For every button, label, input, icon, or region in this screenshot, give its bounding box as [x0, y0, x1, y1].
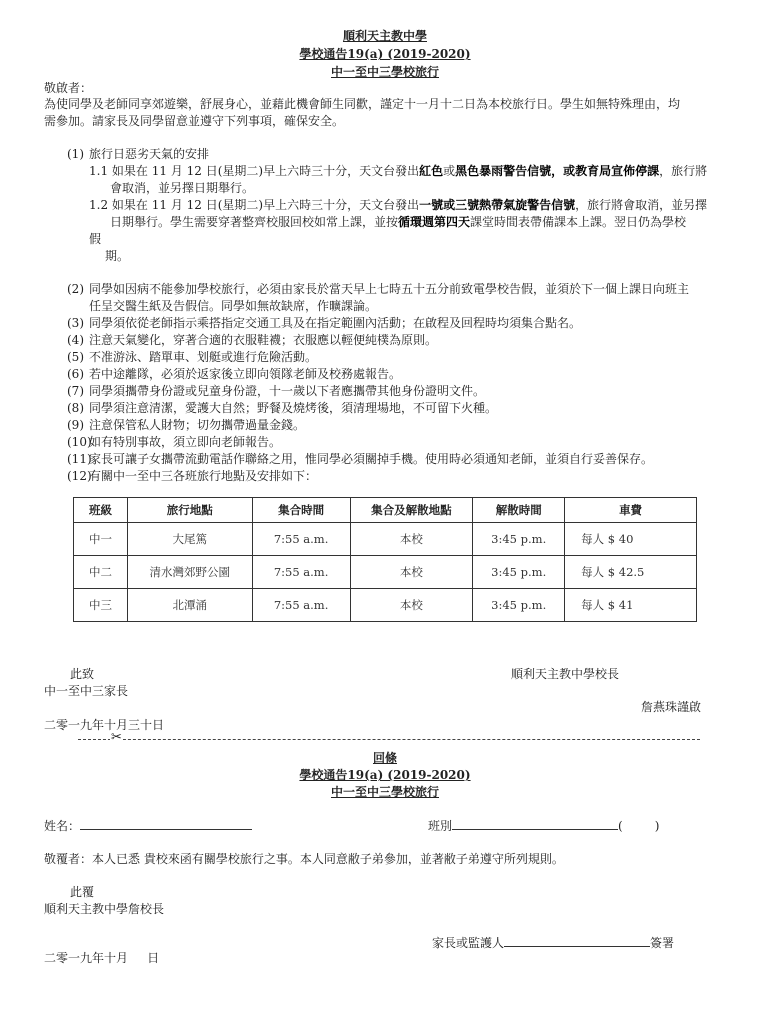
table-header-row: 班級 旅行地點 集合時間 集合及解散地點 解散時間 車費 [74, 498, 697, 523]
reply-subject: 中一至中三學校旅行 [0, 783, 770, 800]
closing-cizhi: 此致 [70, 666, 94, 683]
item-12-text: 有關中一至中三各班旅行地點及安排如下： [89, 468, 317, 485]
header-dismissal-time: 解散時間 [473, 498, 565, 523]
cell-assembly-time: 7:55 a.m. [252, 556, 350, 589]
item-10-number: (10) [67, 434, 92, 451]
item-2-text-line-2: 任呈交醫生紙及告假信。同學如無故缺席，作曠課論。 [89, 298, 377, 315]
cell-assembly-place: 本校 [350, 523, 473, 556]
item-1-1-line-2: 會取消，並另擇日期舉行。 [110, 180, 254, 197]
intro-line-1: 為使同學及老師同享郊遊樂，舒展身心，並藉此機會師生同歡，謹定十一月十二日為本校旅… [44, 96, 680, 113]
cell-dismissal-time: 3:45 p.m. [473, 589, 565, 622]
intro-line-2: 需參加。請家長及同學留意並遵守下列事項，確保安全。 [44, 113, 344, 130]
item-1-2-number: 1.2 [89, 198, 108, 212]
reply-cifu: 此覆 [70, 884, 94, 901]
cell-class: 中二 [74, 556, 128, 589]
item-9-number: (9) [67, 417, 84, 434]
item-1-2-line-2: 日期舉行。學生需要穿著整齊校服回校如常上課，並按循環週第四天課堂時間表帶備課本上… [110, 214, 686, 231]
scissors-icon: ✂ [110, 730, 123, 745]
item-10-text: 如有特別事故，須立即向老師報告。 [89, 434, 281, 451]
item-6-text: 若中途離隊，必須於返家後立即向領隊老師及校務處報告。 [89, 366, 401, 383]
class-number-open: ( [618, 819, 623, 833]
reply-date: 二零一九年十月 日 [44, 950, 159, 967]
item-8-number: (8) [67, 400, 84, 417]
header-class: 班級 [74, 498, 128, 523]
item-11-number: (11) [67, 451, 92, 468]
class-field[interactable] [452, 817, 618, 830]
cell-assembly-place: 本校 [350, 589, 473, 622]
cell-assembly-time: 7:55 a.m. [252, 589, 350, 622]
notice-date: 二零一九年十月三十日 [44, 717, 164, 734]
item-4-number: (4) [67, 332, 84, 349]
item-12-number: (12) [67, 468, 92, 485]
item-8-text: 同學須注意清潔，愛護大自然；野餐及燒烤後，須清理場地，不可留下火種。 [89, 400, 497, 417]
name-row: 姓名： [44, 817, 252, 835]
cell-assembly-place: 本校 [350, 556, 473, 589]
reply-addressee: 順利天主教中學詹校長 [44, 901, 164, 918]
item-3-number: (3) [67, 315, 84, 332]
item-5-number: (5) [67, 349, 84, 366]
item-2-number: (2) [67, 281, 84, 298]
school-name: 順利天主教中學 [0, 27, 770, 44]
guardian-signature-field[interactable] [504, 934, 650, 947]
cell-destination: 北潭涌 [127, 589, 252, 622]
class-label: 班別 [428, 819, 452, 833]
item-7-number: (7) [67, 383, 84, 400]
greeting: 敬啟者： [44, 80, 92, 97]
item-2-text: 同學如因病不能參加學校旅行，必須由家長於當天早上七時五十五分前致電學校告假，並須… [89, 281, 689, 298]
notice-number: 學校通告19(a) (2019-2020) [0, 45, 770, 62]
table-row: 中三 北潭涌 7:55 a.m. 本校 3:45 p.m. 每人 $ 41 [74, 589, 697, 622]
name-label: 姓名： [44, 819, 80, 833]
signer-name: 詹燕珠謹啟 [641, 699, 701, 716]
name-field[interactable] [80, 817, 252, 830]
reply-statement: 敬覆者：本人已悉 貴校來函有關學校旅行之事。本人同意敝子弟參加，並著敝子弟遵守所… [44, 851, 564, 868]
cell-destination: 清水灣郊野公園 [127, 556, 252, 589]
item-4-text: 注意天氣變化，穿著合適的衣服鞋襪；衣服應以輕便純樸為原則。 [89, 332, 437, 349]
cell-fare: 每人 $ 40 [565, 523, 697, 556]
item-1-1: 1.1 如果在 11 月 12 日(星期二)早上六時三十分，天文台發出紅色或黑色… [89, 163, 707, 180]
item-3-text: 同學須依從老師指示乘搭指定交通工具及在指定範圍內活動；在啟程及回程時均須集合點名… [89, 315, 581, 332]
cell-destination: 大尾篤 [127, 523, 252, 556]
notice-subject: 中一至中三學校旅行 [0, 63, 770, 80]
item-1-number: (1) [67, 146, 84, 163]
item-1-2-line-4: 期。 [105, 248, 129, 265]
cell-class: 中一 [74, 523, 128, 556]
reply-title: 回條 [0, 749, 770, 766]
cut-line [78, 739, 700, 740]
signer-title: 順利天主教中學校長 [511, 666, 619, 683]
item-1-text: 旅行日惡劣天氣的安排 [89, 146, 209, 163]
item-6-number: (6) [67, 366, 84, 383]
cell-dismissal-time: 3:45 p.m. [473, 556, 565, 589]
table-row: 中一 大尾篤 7:55 a.m. 本校 3:45 p.m. 每人 $ 40 [74, 523, 697, 556]
cell-fare: 每人 $ 41 [565, 589, 697, 622]
class-number-close: ) [655, 819, 660, 833]
item-5-text: 不准游泳、踏單車、划艇或進行危險活動。 [89, 349, 317, 366]
sign-label: 簽署 [650, 936, 674, 950]
item-7-text: 同學須攜帶身份證或兒童身份證，十一歲以下者應攜帶其他身份證明文件。 [89, 383, 485, 400]
guardian-label: 家長或監護人 [432, 936, 504, 950]
recipient: 中一至中三家長 [44, 683, 128, 700]
header-assembly-place: 集合及解散地點 [350, 498, 473, 523]
item-1-2-line-3: 假 [89, 231, 101, 248]
trip-arrangements-table: 班級 旅行地點 集合時間 集合及解散地點 解散時間 車費 中一 大尾篤 7:55… [73, 497, 697, 622]
item-9-text: 注意保管私人財物；切勿攜帶過量金錢。 [89, 417, 305, 434]
item-1-1-number: 1.1 [89, 164, 108, 178]
header-fare: 車費 [565, 498, 697, 523]
item-11-text: 家長可讓子女攜帶流動電話作聯絡之用，惟同學必須關掉手機。使用時必須通知老師，並須… [89, 451, 653, 468]
item-1-2: 1.2 如果在 11 月 12 日(星期二)早上六時三十分，天文台發出一號或三號… [89, 197, 707, 214]
cell-class: 中三 [74, 589, 128, 622]
table-row: 中二 清水灣郊野公園 7:55 a.m. 本校 3:45 p.m. 每人 $ 4… [74, 556, 697, 589]
class-row: 班別() [428, 817, 659, 835]
cell-dismissal-time: 3:45 p.m. [473, 523, 565, 556]
header-destination: 旅行地點 [127, 498, 252, 523]
header-assembly-time: 集合時間 [252, 498, 350, 523]
reply-notice-number: 學校通告19(a) (2019-2020) [0, 766, 770, 783]
cell-assembly-time: 7:55 a.m. [252, 523, 350, 556]
guardian-signature-row: 家長或監護人簽署 [432, 934, 674, 952]
cell-fare: 每人 $ 42.5 [565, 556, 697, 589]
